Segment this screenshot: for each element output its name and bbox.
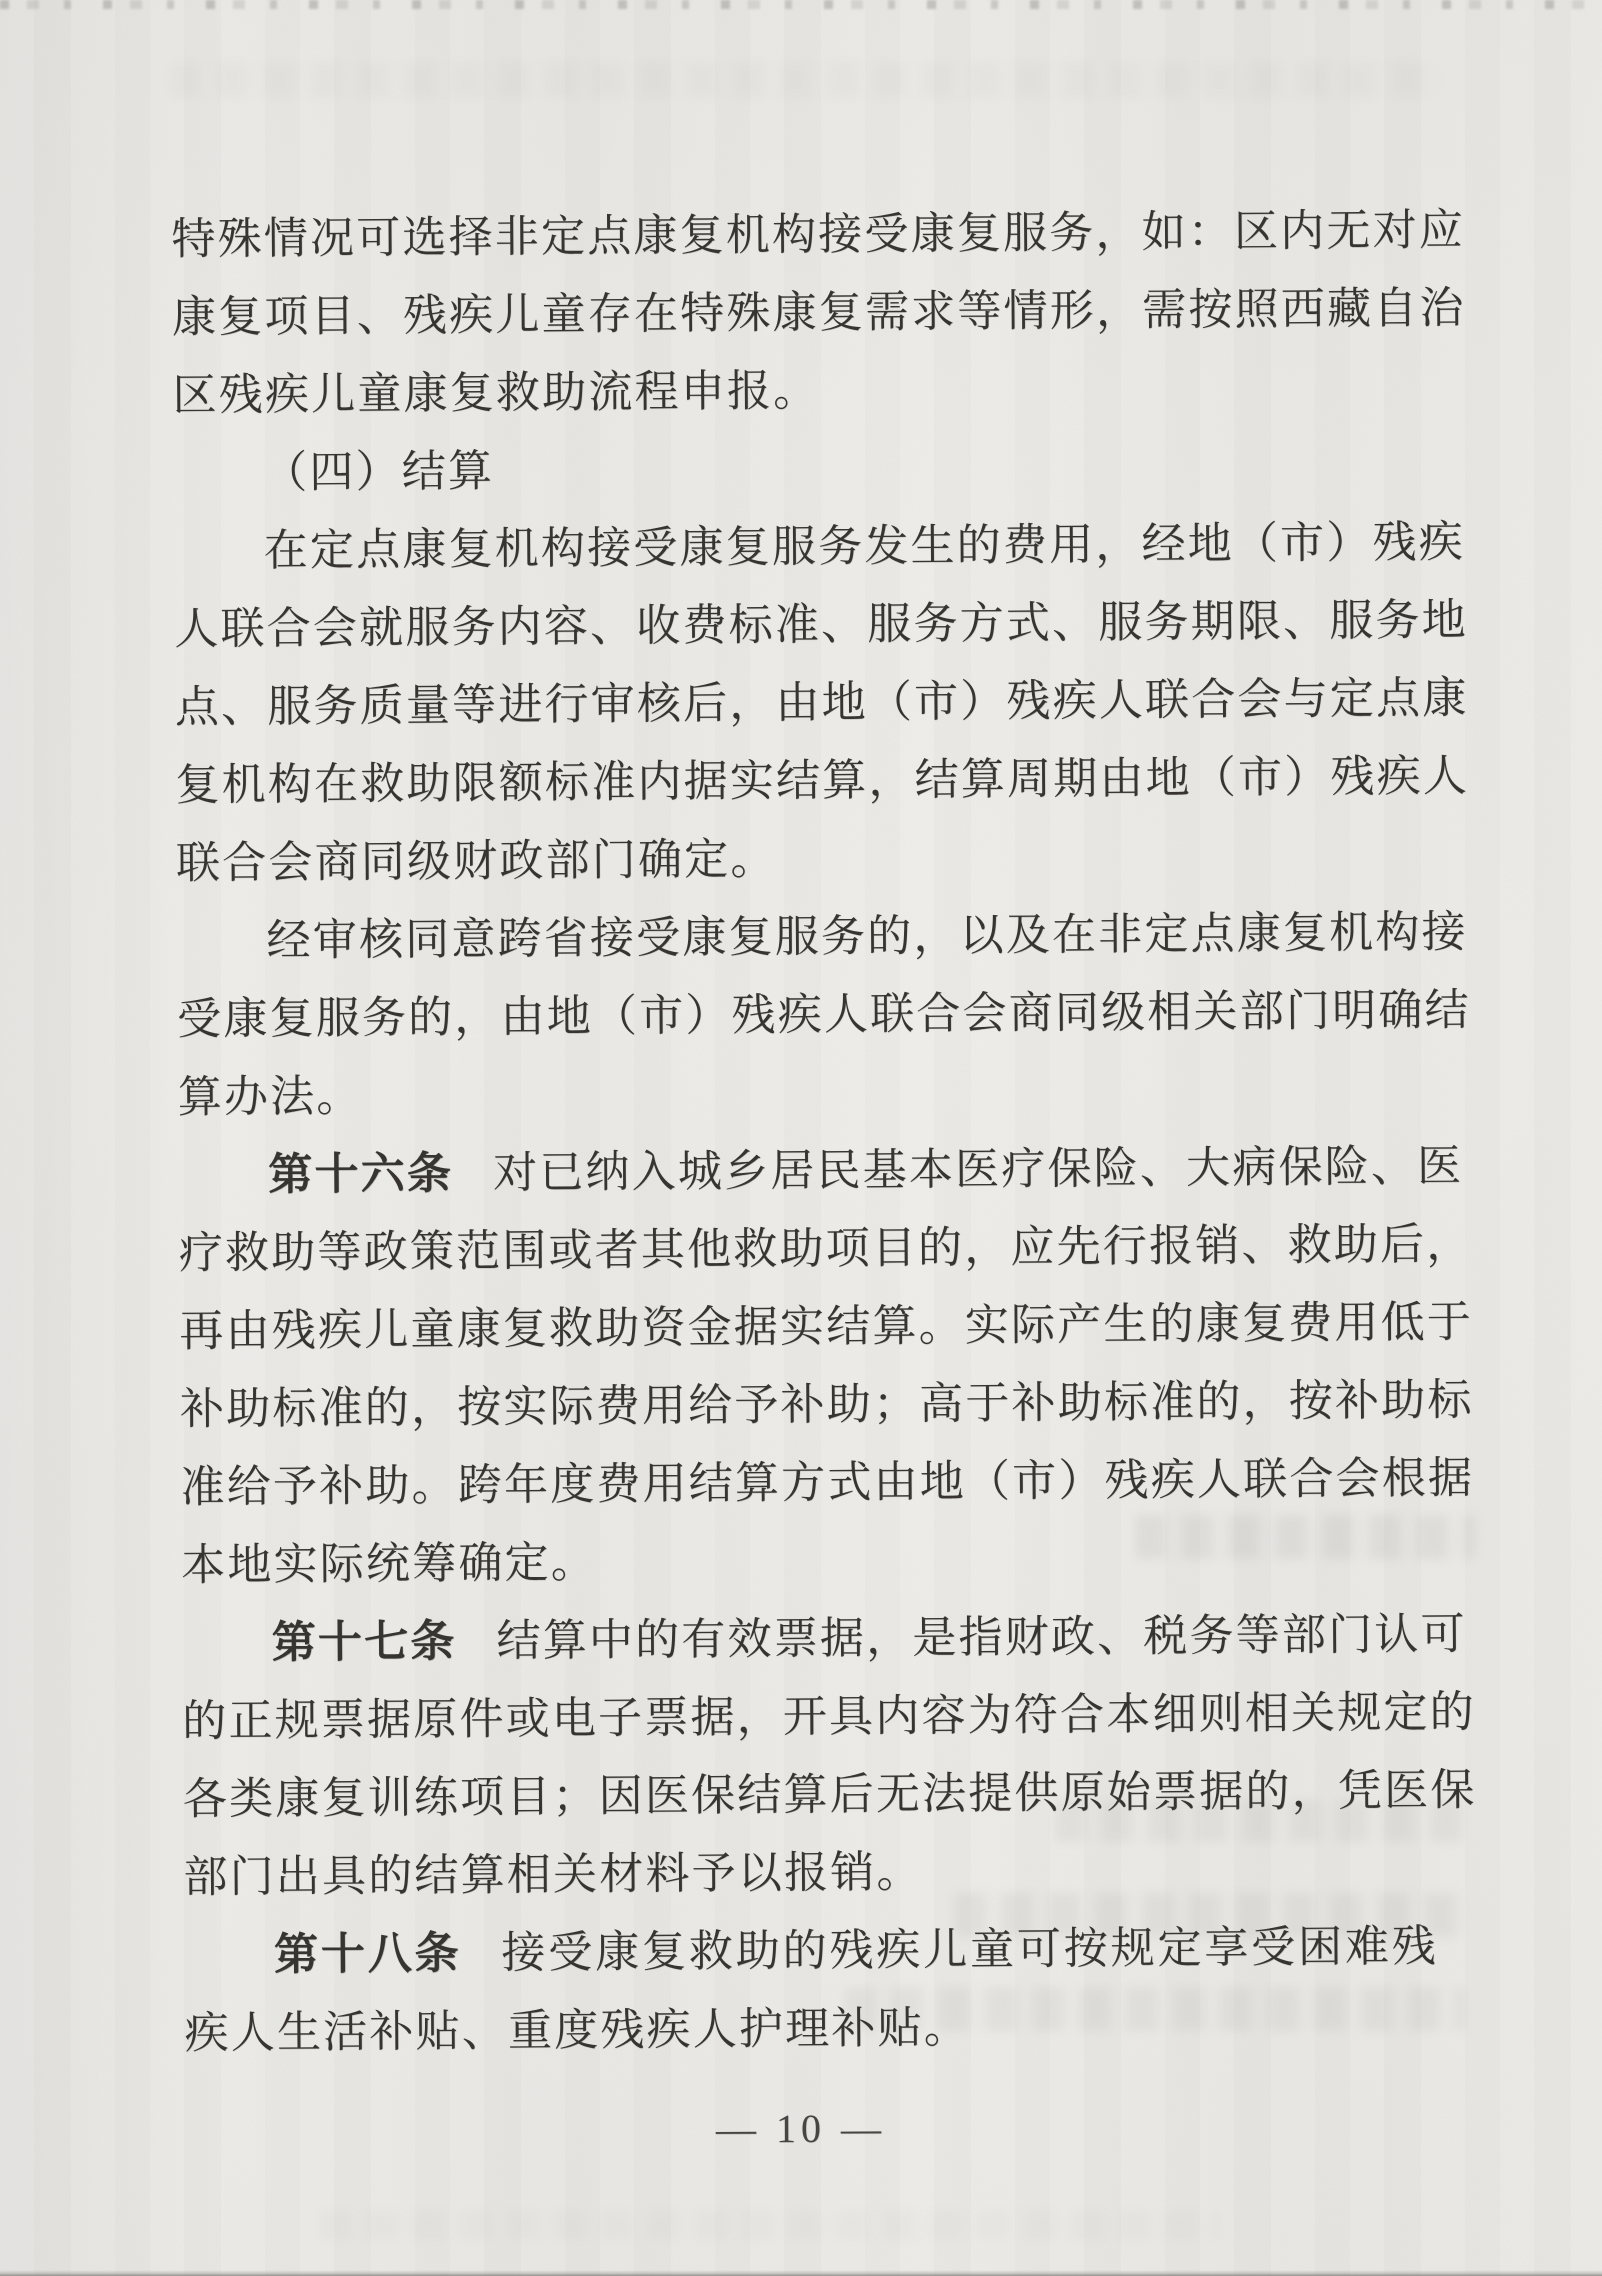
- text-line: 再由残疾儿童康复救助资金据实结算。实际产生的康复费用低于: [179, 1284, 1434, 1371]
- text-line: 人联合会就服务内容、收费标准、服务方式、服务期限、服务地: [174, 582, 1429, 669]
- text-line: 康复项目、残疾儿童存在特殊康复需求等情形，需按照西藏自治: [172, 270, 1427, 357]
- text-line: 区残疾儿童康复救助流程申报。: [172, 348, 1427, 435]
- text-line: 疾人生活补贴、重度残疾人护理补贴。: [184, 1986, 1439, 2073]
- text-line: 的正规票据原件或电子票据，开具内容为符合本细则相关规定的: [182, 1674, 1437, 1761]
- text-line: 算办法。: [177, 1050, 1432, 1137]
- text-line: （四）结算: [173, 426, 1428, 513]
- line-text: 结算中的有效票据，是指财政、税务等部门认可: [496, 1610, 1467, 1666]
- article-number: 第十八条: [274, 1929, 462, 1979]
- article-number: 第十七条: [272, 1617, 457, 1667]
- scanned-document-page: 特殊情况可选择非定点康复机构接受康复服务，如：区内无对应康复项目、残疾儿童存在特…: [0, 0, 1602, 2276]
- text-line: 疗救助等政策范围或者其他救助项目的，应先行报销、救助后，: [179, 1206, 1434, 1293]
- text-line: 补助标准的，按实际费用给予补助；高于补助标准的，按补助标: [180, 1362, 1435, 1449]
- text-line: 在定点康复机构接受康复服务发生的费用，经地（市）残疾: [173, 504, 1428, 591]
- text-line: 部门出具的结算相关材料予以报销。: [183, 1830, 1438, 1917]
- text-line: 受康复服务的，由地（市）残疾人联合会商同级相关部门明确结: [177, 972, 1432, 1059]
- line-text: 接受康复救助的残疾儿童可按规定享受困难残: [501, 1922, 1438, 1978]
- text-line: 第十六条对已纳入城乡居民基本医疗保险、大病保险、医: [178, 1128, 1433, 1215]
- text-line: 特殊情况可选择非定点康复机构接受康复服务，如：区内无对应: [171, 192, 1426, 279]
- text-line: 联合会商同级财政部门确定。: [176, 816, 1431, 903]
- scan-edge-artifact-bottom: [0, 2270, 1602, 2276]
- text-line: 准给予补助。跨年度费用结算方式由地（市）残疾人联合会根据: [180, 1440, 1435, 1527]
- text-line: 第十八条接受康复救助的残疾儿童可按规定享受困难残: [184, 1908, 1439, 1995]
- document-body: 特殊情况可选择非定点康复机构接受康复服务，如：区内无对应康复项目、残疾儿童存在特…: [171, 192, 1439, 2073]
- text-line: 各类康复训练项目；因医保结算后无法提供原始票据的，凭医保: [183, 1752, 1438, 1839]
- scan-edge-artifact-top: [0, 0, 1602, 9]
- line-text: 对已纳入城乡居民基本医疗保险、大病保险、医: [493, 1142, 1464, 1198]
- text-line: 第十七条结算中的有效票据，是指财政、税务等部门认可: [181, 1596, 1436, 1683]
- text-line: 经审核同意跨省接受康复服务的，以及在非定点康复机构接: [176, 894, 1431, 981]
- text-line: 复机构在救助限额标准内据实结算，结算周期由地（市）残疾人: [175, 738, 1430, 825]
- text-line: 点、服务质量等进行审核后，由地（市）残疾人联合会与定点康: [175, 660, 1430, 747]
- bleed-through-smudge: [170, 62, 1440, 98]
- article-number: 第十六条: [268, 1149, 453, 1199]
- bleed-through-smudge: [320, 2210, 1220, 2240]
- text-line: 本地实际统筹确定。: [181, 1518, 1436, 1605]
- page-number: — 10 —: [0, 2100, 1602, 2158]
